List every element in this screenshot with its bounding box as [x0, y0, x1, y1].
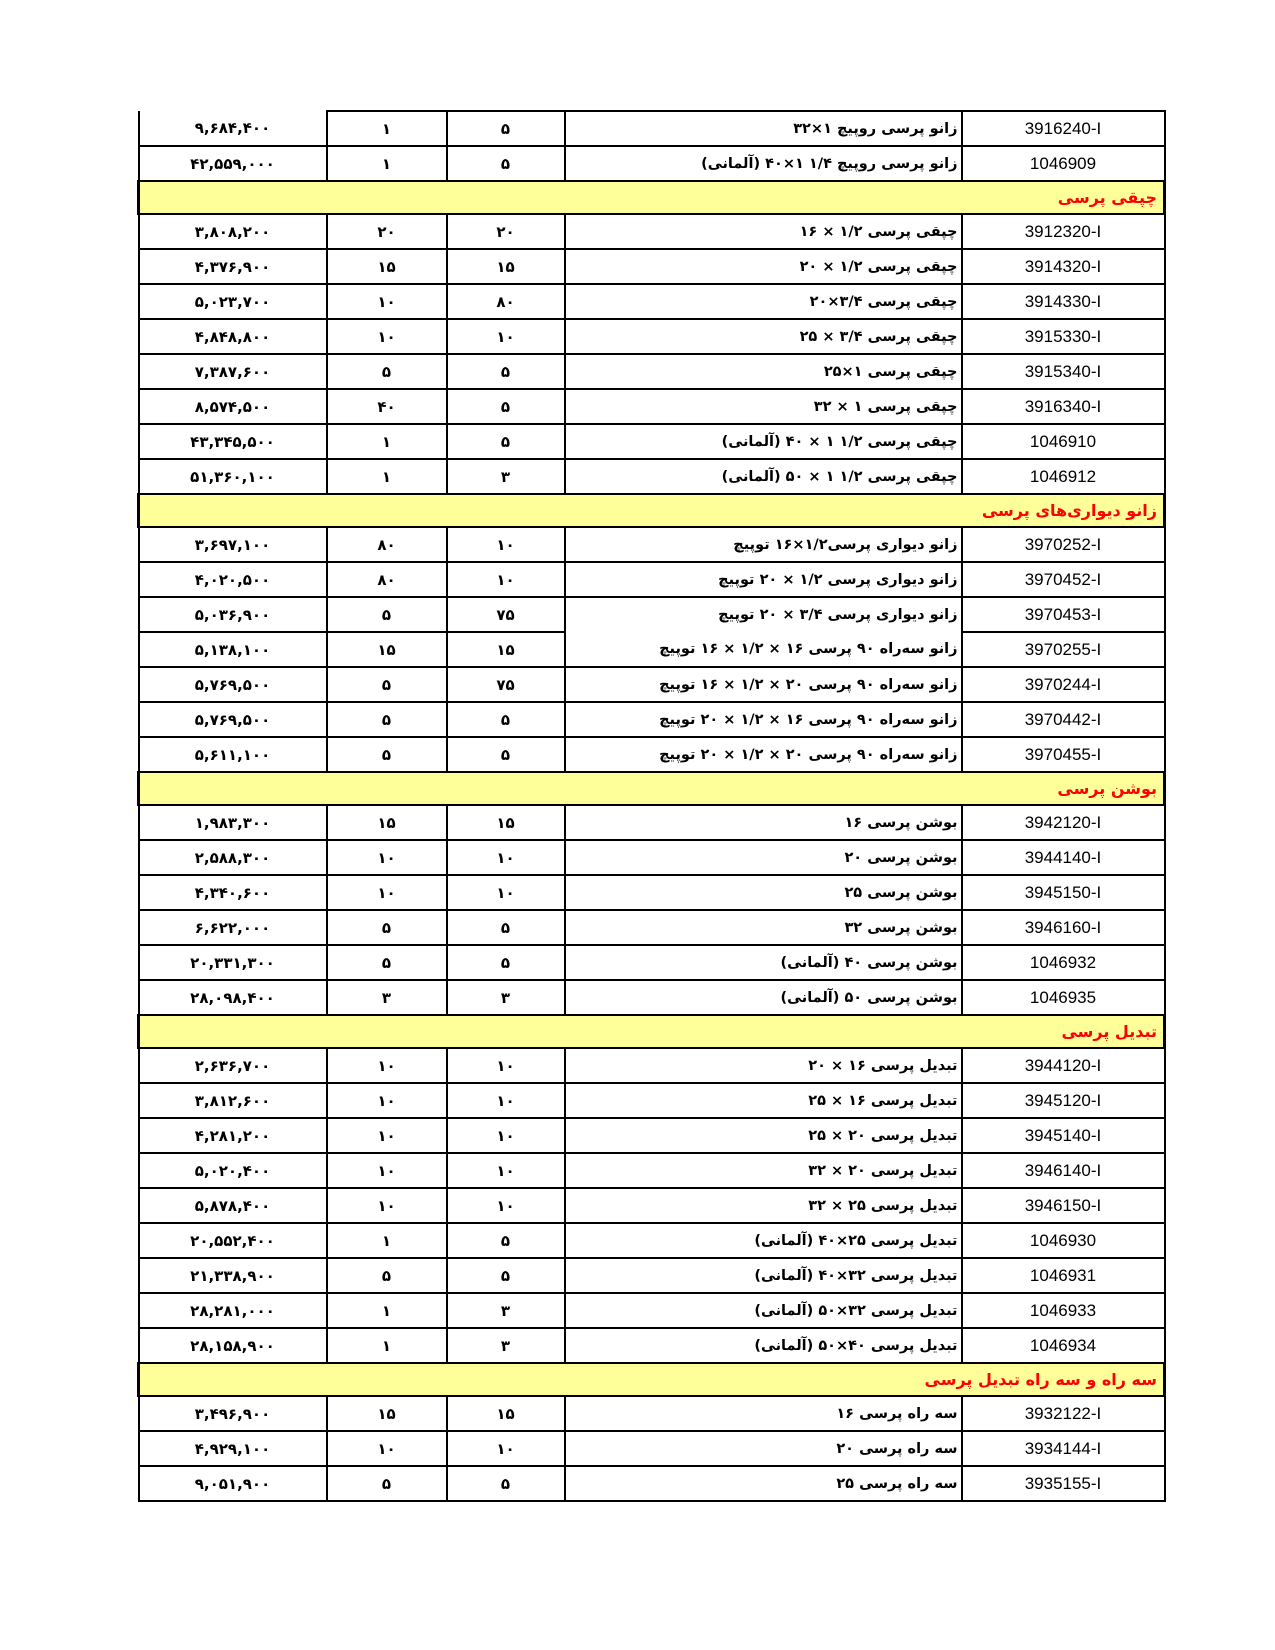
product-row: 1046912چپقی پرسی ۱/۲ ۱ × ۵۰ (آلمانی)۳۱۵۱…	[139, 459, 1165, 494]
qty-right-cell: ۵	[447, 354, 565, 389]
product-description-cell: چپقی پرسی ۱/۲ ۱ × ۵۰ (آلمانی)	[565, 459, 962, 494]
product-row: 1046932بوشن پرسی ۴۰ (آلمانی)۵۵۲۰,۳۳۱,۳۰۰	[139, 945, 1165, 980]
product-description-cell: بوشن پرسی ۵۰ (آلمانی)	[565, 980, 962, 1015]
qty-right-cell: ۵	[447, 737, 565, 772]
qty-left-cell: ۱۰	[327, 1118, 447, 1153]
price-cell: ۵۱,۳۶۰,۱۰۰	[139, 459, 327, 494]
product-row: 1046931تبدیل پرسی ۳۲×۴۰ (آلمانی)۵۵۲۱,۳۳۸…	[139, 1258, 1165, 1293]
product-code-cell: 3970255-I	[962, 632, 1165, 667]
product-code-cell: 3916340-I	[962, 389, 1165, 424]
product-row: 3970442-Iزانو سه‌راه ۹۰ پرسی ۱۶ × ۱/۲ × …	[139, 702, 1165, 737]
qty-left-cell: ۲۰	[327, 214, 447, 249]
section-header-row: تبدیل پرسی	[139, 1015, 1165, 1048]
product-row: 3945150-Iبوشن پرسی ۲۵۱۰۱۰۴,۳۴۰,۶۰۰	[139, 875, 1165, 910]
qty-right-cell: ۱۰	[447, 527, 565, 562]
product-description-cell: تبدیل پرسی ۴۰×۵۰ (آلمانی)	[565, 1328, 962, 1363]
product-code-cell: 3946150-I	[962, 1188, 1165, 1223]
qty-right-cell: ۱۰	[447, 1118, 565, 1153]
qty-right-cell: ۱۰	[447, 562, 565, 597]
product-code-cell: 3935155-I	[962, 1466, 1165, 1501]
qty-right-cell: ۵	[447, 1258, 565, 1293]
product-code-cell: 1046930	[962, 1223, 1165, 1258]
qty-right-cell: ۵	[447, 945, 565, 980]
product-row: 3970452-Iزانو دیواری پرسی ۱/۲ × ۲۰ توپیچ…	[139, 562, 1165, 597]
section-header-row: چپقی پرسی	[139, 181, 1165, 214]
qty-left-cell: ۱	[327, 424, 447, 459]
section-title: تبدیل پرسی	[139, 1015, 1165, 1048]
product-code-cell: 1046910	[962, 424, 1165, 459]
qty-left-cell: ۱	[327, 146, 447, 181]
product-row: 1046935بوشن پرسی ۵۰ (آلمانی)۳۳۲۸,۰۹۸,۴۰۰	[139, 980, 1165, 1015]
price-cell: ۵,۷۶۹,۵۰۰	[139, 702, 327, 737]
price-cell: ۱,۹۸۳,۳۰۰	[139, 805, 327, 840]
product-row: 3945140-Iتبدیل پرسی ۲۰ × ۲۵۱۰۱۰۴,۲۸۱,۲۰۰	[139, 1118, 1165, 1153]
product-code-cell: 1046909	[962, 146, 1165, 181]
product-code-cell: 1046912	[962, 459, 1165, 494]
qty-left-cell: ۵	[327, 702, 447, 737]
qty-left-cell: ۱	[327, 1328, 447, 1363]
product-row: 3970244-Iزانو سه‌راه ۹۰ پرسی ۲۰ × ۱/۲ × …	[139, 667, 1165, 702]
price-cell: ۹,۰۵۱,۹۰۰	[139, 1466, 327, 1501]
product-description-cell: سه راه پرسی ۲۰	[565, 1431, 962, 1466]
section-title: بوشن پرسی	[139, 772, 1165, 805]
product-code-cell: 3970453-I	[962, 597, 1165, 632]
product-row: 3935155-Iسه راه پرسی ۲۵۵۵۹,۰۵۱,۹۰۰	[139, 1466, 1165, 1501]
product-row: 3912320-Iچپقی پرسی ۱/۲ × ۱۶۲۰۲۰۳,۸۰۸,۲۰۰	[139, 214, 1165, 249]
price-cell: ۵,۸۷۸,۴۰۰	[139, 1188, 327, 1223]
price-cell: ۴۳,۳۴۵,۵۰۰	[139, 424, 327, 459]
product-row: 1046933تبدیل پرسی ۳۲×۵۰ (آلمانی)۳۱۲۸,۲۸۱…	[139, 1293, 1165, 1328]
product-description-cell: بوشن پرسی ۲۰	[565, 840, 962, 875]
price-cell: ۴,۲۸۱,۲۰۰	[139, 1118, 327, 1153]
product-code-cell: 3932122-I	[962, 1396, 1165, 1431]
qty-right-cell: ۱۰	[447, 1048, 565, 1083]
product-description-cell: زانو سه‌راه ۹۰ پرسی ۲۰ × ۱/۲ × ۲۰ توپیچ	[565, 737, 962, 772]
product-code-cell: 3915340-I	[962, 354, 1165, 389]
product-row: 3932122-Iسه راه پرسی ۱۶۱۵۱۵۳,۴۹۶,۹۰۰	[139, 1396, 1165, 1431]
qty-right-cell: ۱۰	[447, 1188, 565, 1223]
qty-left-cell: ۵	[327, 597, 447, 632]
product-row: 3945120-Iتبدیل پرسی ۱۶ × ۲۵۱۰۱۰۳,۸۱۲,۶۰۰	[139, 1083, 1165, 1118]
qty-left-cell: ۱۵	[327, 249, 447, 284]
qty-right-cell: ۷۵	[447, 667, 565, 702]
product-description-cell: چپقی پرسی ۱×۲۵	[565, 354, 962, 389]
product-description-cell: تبدیل پرسی ۲۵ × ۳۲	[565, 1188, 962, 1223]
price-cell: ۳,۸۰۸,۲۰۰	[139, 214, 327, 249]
product-description-cell: چپقی پرسی ۱ × ۳۲	[565, 389, 962, 424]
product-row: 3934144-Iسه راه پرسی ۲۰۱۰۱۰۴,۹۲۹,۱۰۰	[139, 1431, 1165, 1466]
product-row: 3915330-Iچپقی پرسی ۳/۴ × ۲۵۱۰۱۰۴,۸۴۸,۸۰۰	[139, 319, 1165, 354]
price-cell: ۳,۶۹۷,۱۰۰	[139, 527, 327, 562]
qty-right-cell: ۸۰	[447, 284, 565, 319]
qty-left-cell: ۱۵	[327, 1396, 447, 1431]
qty-left-cell: ۵	[327, 354, 447, 389]
price-cell: ۴,۸۴۸,۸۰۰	[139, 319, 327, 354]
section-title: زانو دیواری‌های پرسی	[139, 494, 1165, 527]
product-code-cell: 1046933	[962, 1293, 1165, 1328]
product-description-cell: چپقی پرسی ۱/۲ ۱ × ۴۰ (آلمانی)	[565, 424, 962, 459]
product-code-cell: 3970442-I	[962, 702, 1165, 737]
price-cell: ۵,۷۶۹,۵۰۰	[139, 667, 327, 702]
price-cell: ۴,۳۷۶,۹۰۰	[139, 249, 327, 284]
qty-right-cell: ۱۰	[447, 1083, 565, 1118]
price-cell: ۶,۶۲۲,۰۰۰	[139, 910, 327, 945]
product-row: 3944120-Iتبدیل پرسی ۱۶ × ۲۰۱۰۱۰۲,۶۳۶,۷۰۰	[139, 1048, 1165, 1083]
product-code-cell: 1046935	[962, 980, 1165, 1015]
product-description-cell: تبدیل پرسی ۲۰ × ۲۵	[565, 1118, 962, 1153]
qty-right-cell: ۱۰	[447, 875, 565, 910]
product-row: 3916240-Iزانو پرسی روپیچ ۱×۳۲۵۱۹,۶۸۴,۴۰۰	[139, 111, 1165, 146]
product-description-cell: تبدیل پرسی ۲۰ × ۳۲	[565, 1153, 962, 1188]
qty-right-cell: ۵	[447, 1466, 565, 1501]
product-description-cell: زانو پرسی روپیچ ۱×۳۲	[565, 111, 962, 146]
qty-left-cell: ۱۰	[327, 1048, 447, 1083]
price-table: 3916240-Iزانو پرسی روپیچ ۱×۳۲۵۱۹,۶۸۴,۴۰۰…	[137, 110, 1166, 1502]
product-code-cell: 3946140-I	[962, 1153, 1165, 1188]
price-cell: ۲۰,۵۵۲,۴۰۰	[139, 1223, 327, 1258]
section-header-row: زانو دیواری‌های پرسی	[139, 494, 1165, 527]
product-row: 3970453-Iزانو دیواری پرسی ۳/۴ × ۲۰ توپیچ…	[139, 597, 1165, 632]
product-description-cell: بوشن پرسی ۱۶	[565, 805, 962, 840]
product-description-cell: زانو سه‌راه ۹۰ پرسی ۱۶ × ۱/۲ × ۲۰ توپیچ	[565, 702, 962, 737]
price-cell: ۳,۴۹۶,۹۰۰	[139, 1396, 327, 1431]
qty-right-cell: ۱۵	[447, 632, 565, 667]
product-code-cell: 1046931	[962, 1258, 1165, 1293]
product-description-cell: زانو سه‌راه ۹۰ پرسی ۱۶ × ۱/۲ × ۱۶ توپیچ	[565, 632, 962, 667]
section-title: سه راه و سه راه تبدیل پرسی	[139, 1363, 1165, 1396]
product-code-cell: 3934144-I	[962, 1431, 1165, 1466]
qty-left-cell: ۸۰	[327, 562, 447, 597]
price-cell: ۳,۸۱۲,۶۰۰	[139, 1083, 327, 1118]
price-cell: ۲۱,۳۳۸,۹۰۰	[139, 1258, 327, 1293]
product-code-cell: 3946160-I	[962, 910, 1165, 945]
product-description-cell: سه راه پرسی ۱۶	[565, 1396, 962, 1431]
product-description-cell: سه راه پرسی ۲۵	[565, 1466, 962, 1501]
qty-right-cell: ۵	[447, 1223, 565, 1258]
product-description-cell: تبدیل پرسی ۲۵×۴۰ (آلمانی)	[565, 1223, 962, 1258]
product-code-cell: 1046934	[962, 1328, 1165, 1363]
qty-left-cell: ۱	[327, 1223, 447, 1258]
product-description-cell: تبدیل پرسی ۳۲×۵۰ (آلمانی)	[565, 1293, 962, 1328]
qty-right-cell: ۳	[447, 1328, 565, 1363]
qty-left-cell: ۱۰	[327, 319, 447, 354]
price-cell: ۵,۰۲۰,۴۰۰	[139, 1153, 327, 1188]
product-description-cell: چپقی پرسی ۱/۲ × ۲۰	[565, 249, 962, 284]
product-code-cell: 3944120-I	[962, 1048, 1165, 1083]
product-code-cell: 3945120-I	[962, 1083, 1165, 1118]
qty-right-cell: ۳	[447, 459, 565, 494]
qty-left-cell: ۵	[327, 1258, 447, 1293]
qty-left-cell: ۱۰	[327, 1188, 447, 1223]
qty-left-cell: ۱۰	[327, 1431, 447, 1466]
qty-left-cell: ۸۰	[327, 527, 447, 562]
qty-right-cell: ۱۵	[447, 1396, 565, 1431]
price-cell: ۴,۰۲۰,۵۰۰	[139, 562, 327, 597]
qty-right-cell: ۱۵	[447, 805, 565, 840]
section-header-row: سه راه و سه راه تبدیل پرسی	[139, 1363, 1165, 1396]
qty-right-cell: ۵	[447, 424, 565, 459]
product-description-cell: چپقی پرسی ۳/۴ × ۲۵	[565, 319, 962, 354]
price-cell: ۷,۳۸۷,۶۰۰	[139, 354, 327, 389]
qty-right-cell: ۵	[447, 146, 565, 181]
price-cell: ۲,۶۳۶,۷۰۰	[139, 1048, 327, 1083]
product-description-cell: زانو دیواری پرسی ۱/۲ × ۲۰ توپیچ	[565, 562, 962, 597]
qty-right-cell: ۱۰	[447, 1153, 565, 1188]
product-description-cell: تبدیل پرسی ۱۶ × ۲۵	[565, 1083, 962, 1118]
qty-right-cell: ۵	[447, 702, 565, 737]
price-list-page: 3916240-Iزانو پرسی روپیچ ۱×۳۲۵۱۹,۶۸۴,۴۰۰…	[0, 0, 1275, 1650]
price-cell: ۵,۱۳۸,۱۰۰	[139, 632, 327, 667]
qty-left-cell: ۱۰	[327, 1083, 447, 1118]
product-row: 3970455-Iزانو سه‌راه ۹۰ پرسی ۲۰ × ۱/۲ × …	[139, 737, 1165, 772]
product-row: 3946160-Iبوشن پرسی ۳۲۵۵۶,۶۲۲,۰۰۰	[139, 910, 1165, 945]
qty-left-cell: ۱۵	[327, 632, 447, 667]
product-row: 3914320-Iچپقی پرسی ۱/۲ × ۲۰۱۵۱۵۴,۳۷۶,۹۰۰	[139, 249, 1165, 284]
product-code-cell: 3944140-I	[962, 840, 1165, 875]
price-cell: ۲۸,۱۵۸,۹۰۰	[139, 1328, 327, 1363]
product-description-cell: بوشن پرسی ۳۲	[565, 910, 962, 945]
qty-left-cell: ۳	[327, 980, 447, 1015]
qty-left-cell: ۱۰	[327, 875, 447, 910]
product-row: 3942120-Iبوشن پرسی ۱۶۱۵۱۵۱,۹۸۳,۳۰۰	[139, 805, 1165, 840]
product-code-cell: 3970252-I	[962, 527, 1165, 562]
product-row: 3914330-Iچپقی پرسی ۳/۴×۲۰۸۰۱۰۵,۰۲۳,۷۰۰	[139, 284, 1165, 319]
product-row: 1046909زانو پرسی روپیچ ۱/۴ ۱×۴۰ (آلمانی)…	[139, 146, 1165, 181]
product-row: 3970255-Iزانو سه‌راه ۹۰ پرسی ۱۶ × ۱/۲ × …	[139, 632, 1165, 667]
product-description-cell: تبدیل پرسی ۳۲×۴۰ (آلمانی)	[565, 1258, 962, 1293]
price-cell: ۹,۶۸۴,۴۰۰	[139, 111, 327, 146]
product-description-cell: چپقی پرسی ۱/۲ × ۱۶	[565, 214, 962, 249]
product-code-cell: 3915330-I	[962, 319, 1165, 354]
product-row: 3916340-Iچپقی پرسی ۱ × ۳۲۵۴۰۸,۵۷۴,۵۰۰	[139, 389, 1165, 424]
product-description-cell: زانو پرسی روپیچ ۱/۴ ۱×۴۰ (آلمانی)	[565, 146, 962, 181]
product-row: 3915340-Iچپقی پرسی ۱×۲۵۵۵۷,۳۸۷,۶۰۰	[139, 354, 1165, 389]
qty-right-cell: ۱۰	[447, 840, 565, 875]
qty-left-cell: ۱۰	[327, 1153, 447, 1188]
product-code-cell: 3970455-I	[962, 737, 1165, 772]
product-row: 1046930تبدیل پرسی ۲۵×۴۰ (آلمانی)۵۱۲۰,۵۵۲…	[139, 1223, 1165, 1258]
product-description-cell: بوشن پرسی ۴۰ (آلمانی)	[565, 945, 962, 980]
qty-left-cell: ۱۰	[327, 840, 447, 875]
product-code-cell: 3970244-I	[962, 667, 1165, 702]
qty-left-cell: ۵	[327, 1466, 447, 1501]
price-cell: ۴,۳۴۰,۶۰۰	[139, 875, 327, 910]
price-cell: ۴,۹۲۹,۱۰۰	[139, 1431, 327, 1466]
product-row: 3970252-Iزانو دیواری پرسی۱/۲×۱۶ توپیچ۱۰۸…	[139, 527, 1165, 562]
product-code-cell: 3912320-I	[962, 214, 1165, 249]
product-row: 1046934تبدیل پرسی ۴۰×۵۰ (آلمانی)۳۱۲۸,۱۵۸…	[139, 1328, 1165, 1363]
product-code-cell: 3945150-I	[962, 875, 1165, 910]
qty-left-cell: ۱	[327, 459, 447, 494]
qty-right-cell: ۵	[447, 111, 565, 146]
qty-left-cell: ۵	[327, 737, 447, 772]
price-cell: ۲۸,۲۸۱,۰۰۰	[139, 1293, 327, 1328]
qty-left-cell: ۵	[327, 667, 447, 702]
qty-left-cell: ۱	[327, 111, 447, 146]
product-description-cell: تبدیل پرسی ۱۶ × ۲۰	[565, 1048, 962, 1083]
product-row: 3946150-Iتبدیل پرسی ۲۵ × ۳۲۱۰۱۰۵,۸۷۸,۴۰۰	[139, 1188, 1165, 1223]
price-cell: ۵,۰۳۶,۹۰۰	[139, 597, 327, 632]
qty-right-cell: ۱۵	[447, 249, 565, 284]
price-cell: ۸,۵۷۴,۵۰۰	[139, 389, 327, 424]
qty-left-cell: ۱۰	[327, 284, 447, 319]
qty-right-cell: ۱۰	[447, 319, 565, 354]
product-description-cell: چپقی پرسی ۳/۴×۲۰	[565, 284, 962, 319]
price-cell: ۲۰,۳۳۱,۳۰۰	[139, 945, 327, 980]
qty-left-cell: ۱۵	[327, 805, 447, 840]
product-code-cell: 3942120-I	[962, 805, 1165, 840]
product-description-cell: زانو دیواری پرسی ۳/۴ × ۲۰ توپیچ	[565, 597, 962, 632]
qty-right-cell: ۳	[447, 1293, 565, 1328]
product-code-cell: 1046932	[962, 945, 1165, 980]
qty-left-cell: ۵	[327, 910, 447, 945]
price-cell: ۵,۶۱۱,۱۰۰	[139, 737, 327, 772]
qty-left-cell: ۴۰	[327, 389, 447, 424]
product-description-cell: بوشن پرسی ۲۵	[565, 875, 962, 910]
qty-right-cell: ۲۰	[447, 214, 565, 249]
qty-left-cell: ۵	[327, 945, 447, 980]
qty-right-cell: ۵	[447, 389, 565, 424]
product-code-cell: 3945140-I	[962, 1118, 1165, 1153]
product-code-cell: 3916240-I	[962, 111, 1165, 146]
product-code-cell: 3970452-I	[962, 562, 1165, 597]
qty-left-cell: ۱	[327, 1293, 447, 1328]
section-header-row: بوشن پرسی	[139, 772, 1165, 805]
price-table-body: 3916240-Iزانو پرسی روپیچ ۱×۳۲۵۱۹,۶۸۴,۴۰۰…	[139, 111, 1165, 1501]
price-cell: ۲۸,۰۹۸,۴۰۰	[139, 980, 327, 1015]
qty-right-cell: ۳	[447, 980, 565, 1015]
section-title: چپقی پرسی	[139, 181, 1165, 214]
qty-right-cell: ۵	[447, 910, 565, 945]
product-code-cell: 3914320-I	[962, 249, 1165, 284]
product-description-cell: زانو سه‌راه ۹۰ پرسی ۲۰ × ۱/۲ × ۱۶ توپیچ	[565, 667, 962, 702]
price-cell: ۵,۰۲۳,۷۰۰	[139, 284, 327, 319]
product-code-cell: 3914330-I	[962, 284, 1165, 319]
price-cell: ۴۲,۵۵۹,۰۰۰	[139, 146, 327, 181]
qty-right-cell: ۷۵	[447, 597, 565, 632]
product-row: 1046910چپقی پرسی ۱/۲ ۱ × ۴۰ (آلمانی)۵۱۴۳…	[139, 424, 1165, 459]
product-row: 3946140-Iتبدیل پرسی ۲۰ × ۳۲۱۰۱۰۵,۰۲۰,۴۰۰	[139, 1153, 1165, 1188]
product-description-cell: زانو دیواری پرسی۱/۲×۱۶ توپیچ	[565, 527, 962, 562]
price-cell: ۲,۵۸۸,۳۰۰	[139, 840, 327, 875]
product-row: 3944140-Iبوشن پرسی ۲۰۱۰۱۰۲,۵۸۸,۳۰۰	[139, 840, 1165, 875]
qty-right-cell: ۱۰	[447, 1431, 565, 1466]
